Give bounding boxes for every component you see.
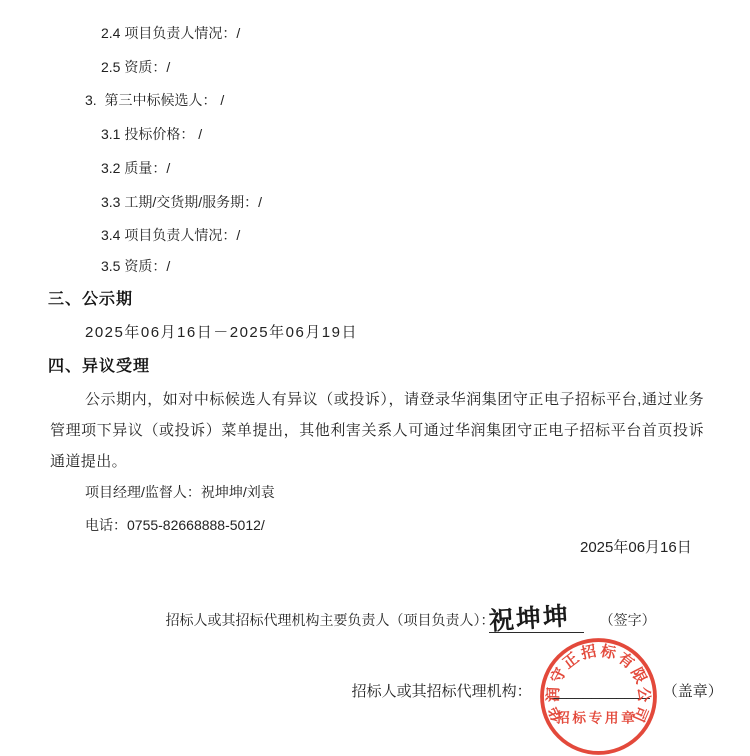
seal-here-hint: （盖章） bbox=[663, 683, 723, 700]
list-item-3: 3. 第三中标候选人： / bbox=[85, 91, 224, 109]
list-item-2-4: 2.4 项目负责人情况：/ bbox=[101, 24, 240, 42]
publicity-period: 2025年06月16日－2025年06月19日 bbox=[85, 324, 358, 342]
list-item-3-5: 3.5 资质：/ bbox=[101, 257, 170, 275]
list-item-2-5: 2.5 资质：/ bbox=[101, 58, 170, 76]
handwritten-signature: 祝坤坤 bbox=[488, 604, 571, 635]
list-item-3-1: 3.1 投标价格： / bbox=[101, 125, 202, 143]
seal-label-text: 招标专用章 bbox=[555, 710, 635, 726]
document-page: 2.4 项目负责人情况：/ 2.5 资质：/ 3. 第三中标候选人： / 3.1… bbox=[0, 0, 750, 756]
agency-label: 招标人或其招标代理机构： bbox=[352, 683, 532, 700]
section-heading-publicity: 三、公示期 bbox=[48, 291, 133, 309]
leader-sign-label: 招标人或其招标代理机构主要负责人（项目负责人）： bbox=[166, 612, 495, 628]
signature-line: 祝坤坤 bbox=[489, 605, 584, 633]
list-item-3-2: 3.2 质量：/ bbox=[101, 159, 170, 177]
phone-line: 电话：0755-82668888-5012/ bbox=[85, 516, 265, 534]
company-seal: 华润守正招标有限公司 招标专用章 bbox=[538, 636, 659, 756]
issue-date: 2025年06月16日 bbox=[580, 539, 692, 557]
agency-seal-row: 招标人或其招标代理机构：____________（盖章） bbox=[335, 665, 723, 719]
list-item-3-3: 3.3 工期/交货期/服务期：/ bbox=[101, 193, 262, 211]
project-manager-line: 项目经理/监督人：祝坤坤/刘袁 bbox=[85, 483, 275, 501]
sign-here-hint: （签字） bbox=[600, 612, 656, 628]
list-item-3-4: 3.4 项目负责人情况：/ bbox=[101, 226, 240, 244]
objection-paragraph: 公示期内，如对中标候选人有异议（或投诉），请登录华润集团守正电子招标平台,通过业… bbox=[50, 384, 704, 477]
section-heading-objection: 四、异议受理 bbox=[48, 358, 150, 376]
